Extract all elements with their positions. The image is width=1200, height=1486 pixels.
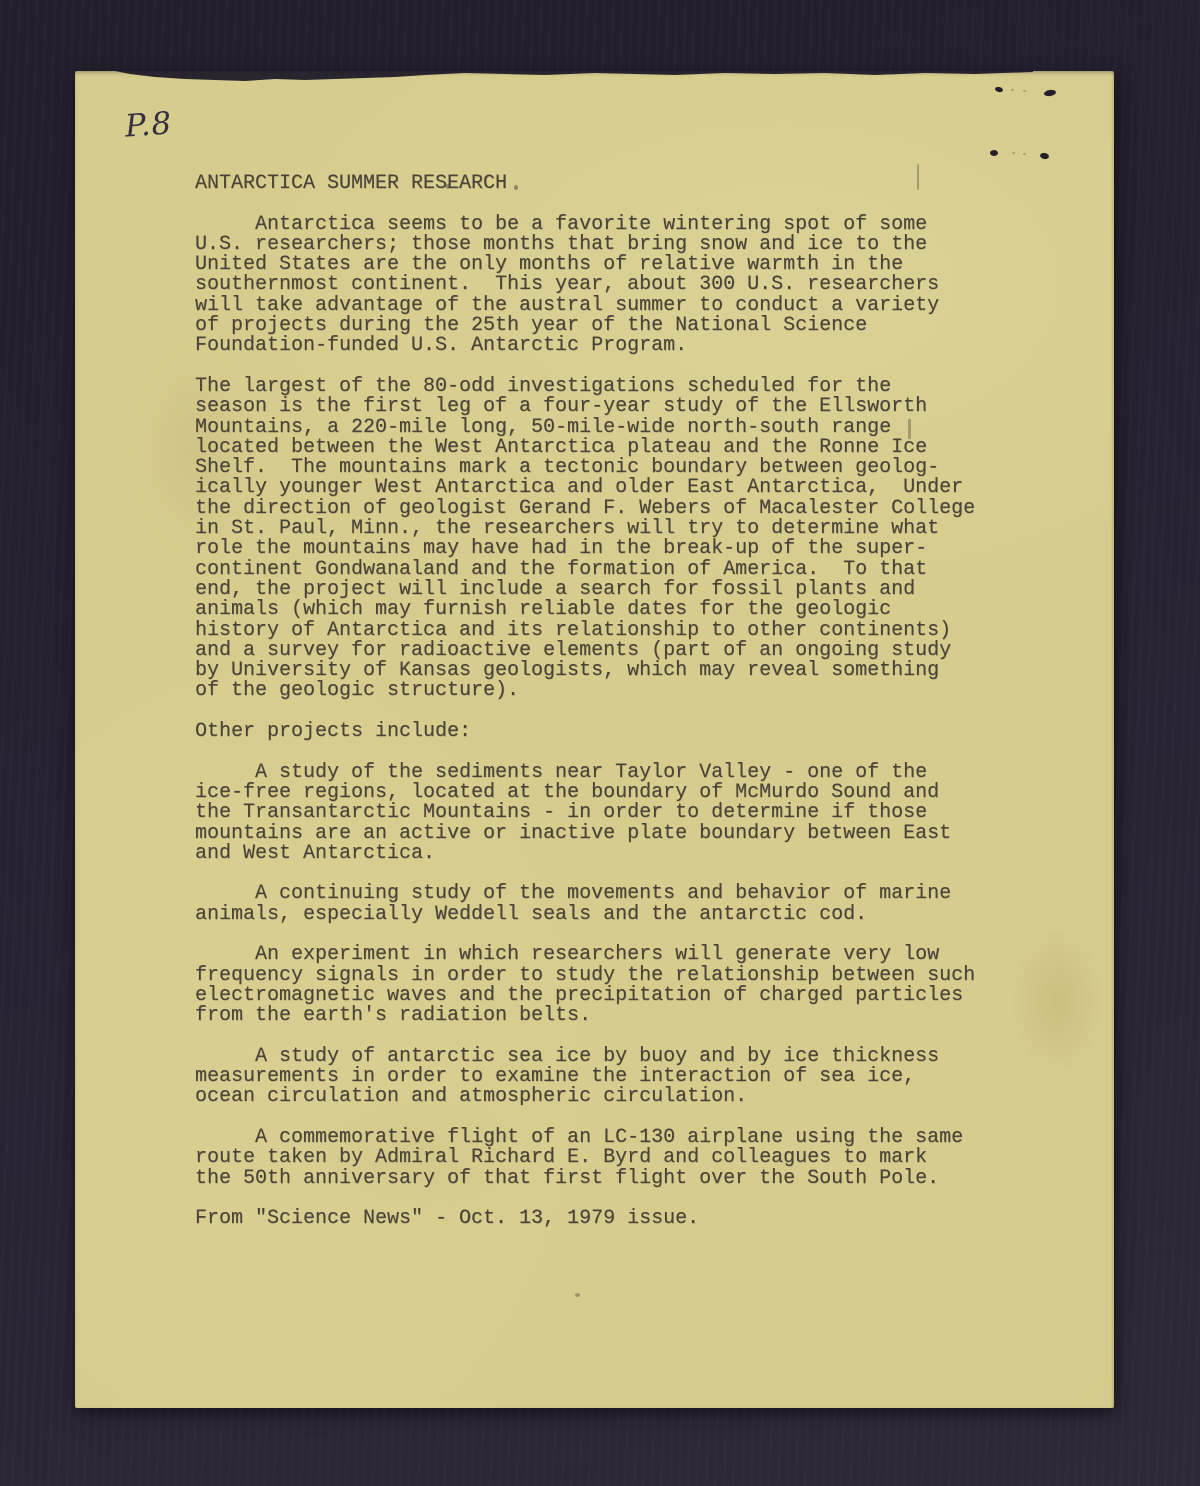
ink-speck: [1040, 152, 1050, 159]
paragraph-commemorative-flight: A commemorative flight of an LC-130 airp…: [195, 1128, 975, 1189]
paragraph-vlf-experiment: An experiment in which researchers will …: [195, 945, 975, 1026]
paragraph-sea-ice: A study of antarctic sea ice by buoy and…: [195, 1047, 975, 1108]
ink-speck: [1044, 89, 1057, 97]
paragraph-intro: Antarctica seems to be a favorite winter…: [195, 215, 975, 357]
ink-speck: [1011, 89, 1014, 91]
paper-stain: [1010, 926, 1105, 1076]
document-page: P.8 ANTARCTICA SUMMER RESEARCH Antarctic…: [75, 71, 1114, 1408]
typewritten-text-column: ANTARCTICA SUMMER RESEARCH Antarctica se…: [195, 174, 975, 1250]
ink-speck: [1012, 152, 1015, 154]
ink-speck: [990, 150, 998, 156]
paragraph-marine-animals: A continuing study of the movements and …: [195, 884, 975, 925]
paragraph-taylor-valley: A study of the sediments near Taylor Val…: [195, 763, 975, 864]
document-title: ANTARCTICA SUMMER RESEARCH: [195, 174, 975, 194]
ink-speck: [1023, 90, 1026, 92]
paragraph-ellsworth-study: The largest of the 80-odd investigations…: [195, 377, 975, 702]
ink-speck: [995, 86, 1004, 93]
handwritten-page-number: P.8: [124, 105, 174, 144]
ink-speck: [1023, 153, 1026, 155]
source-credit: From "Science News" - Oct. 13, 1979 issu…: [195, 1209, 975, 1229]
pen-dot: [575, 1293, 580, 1297]
paragraph-other-projects-heading: Other projects include:: [195, 722, 975, 742]
torn-top-edge-shadow: [75, 71, 1114, 85]
